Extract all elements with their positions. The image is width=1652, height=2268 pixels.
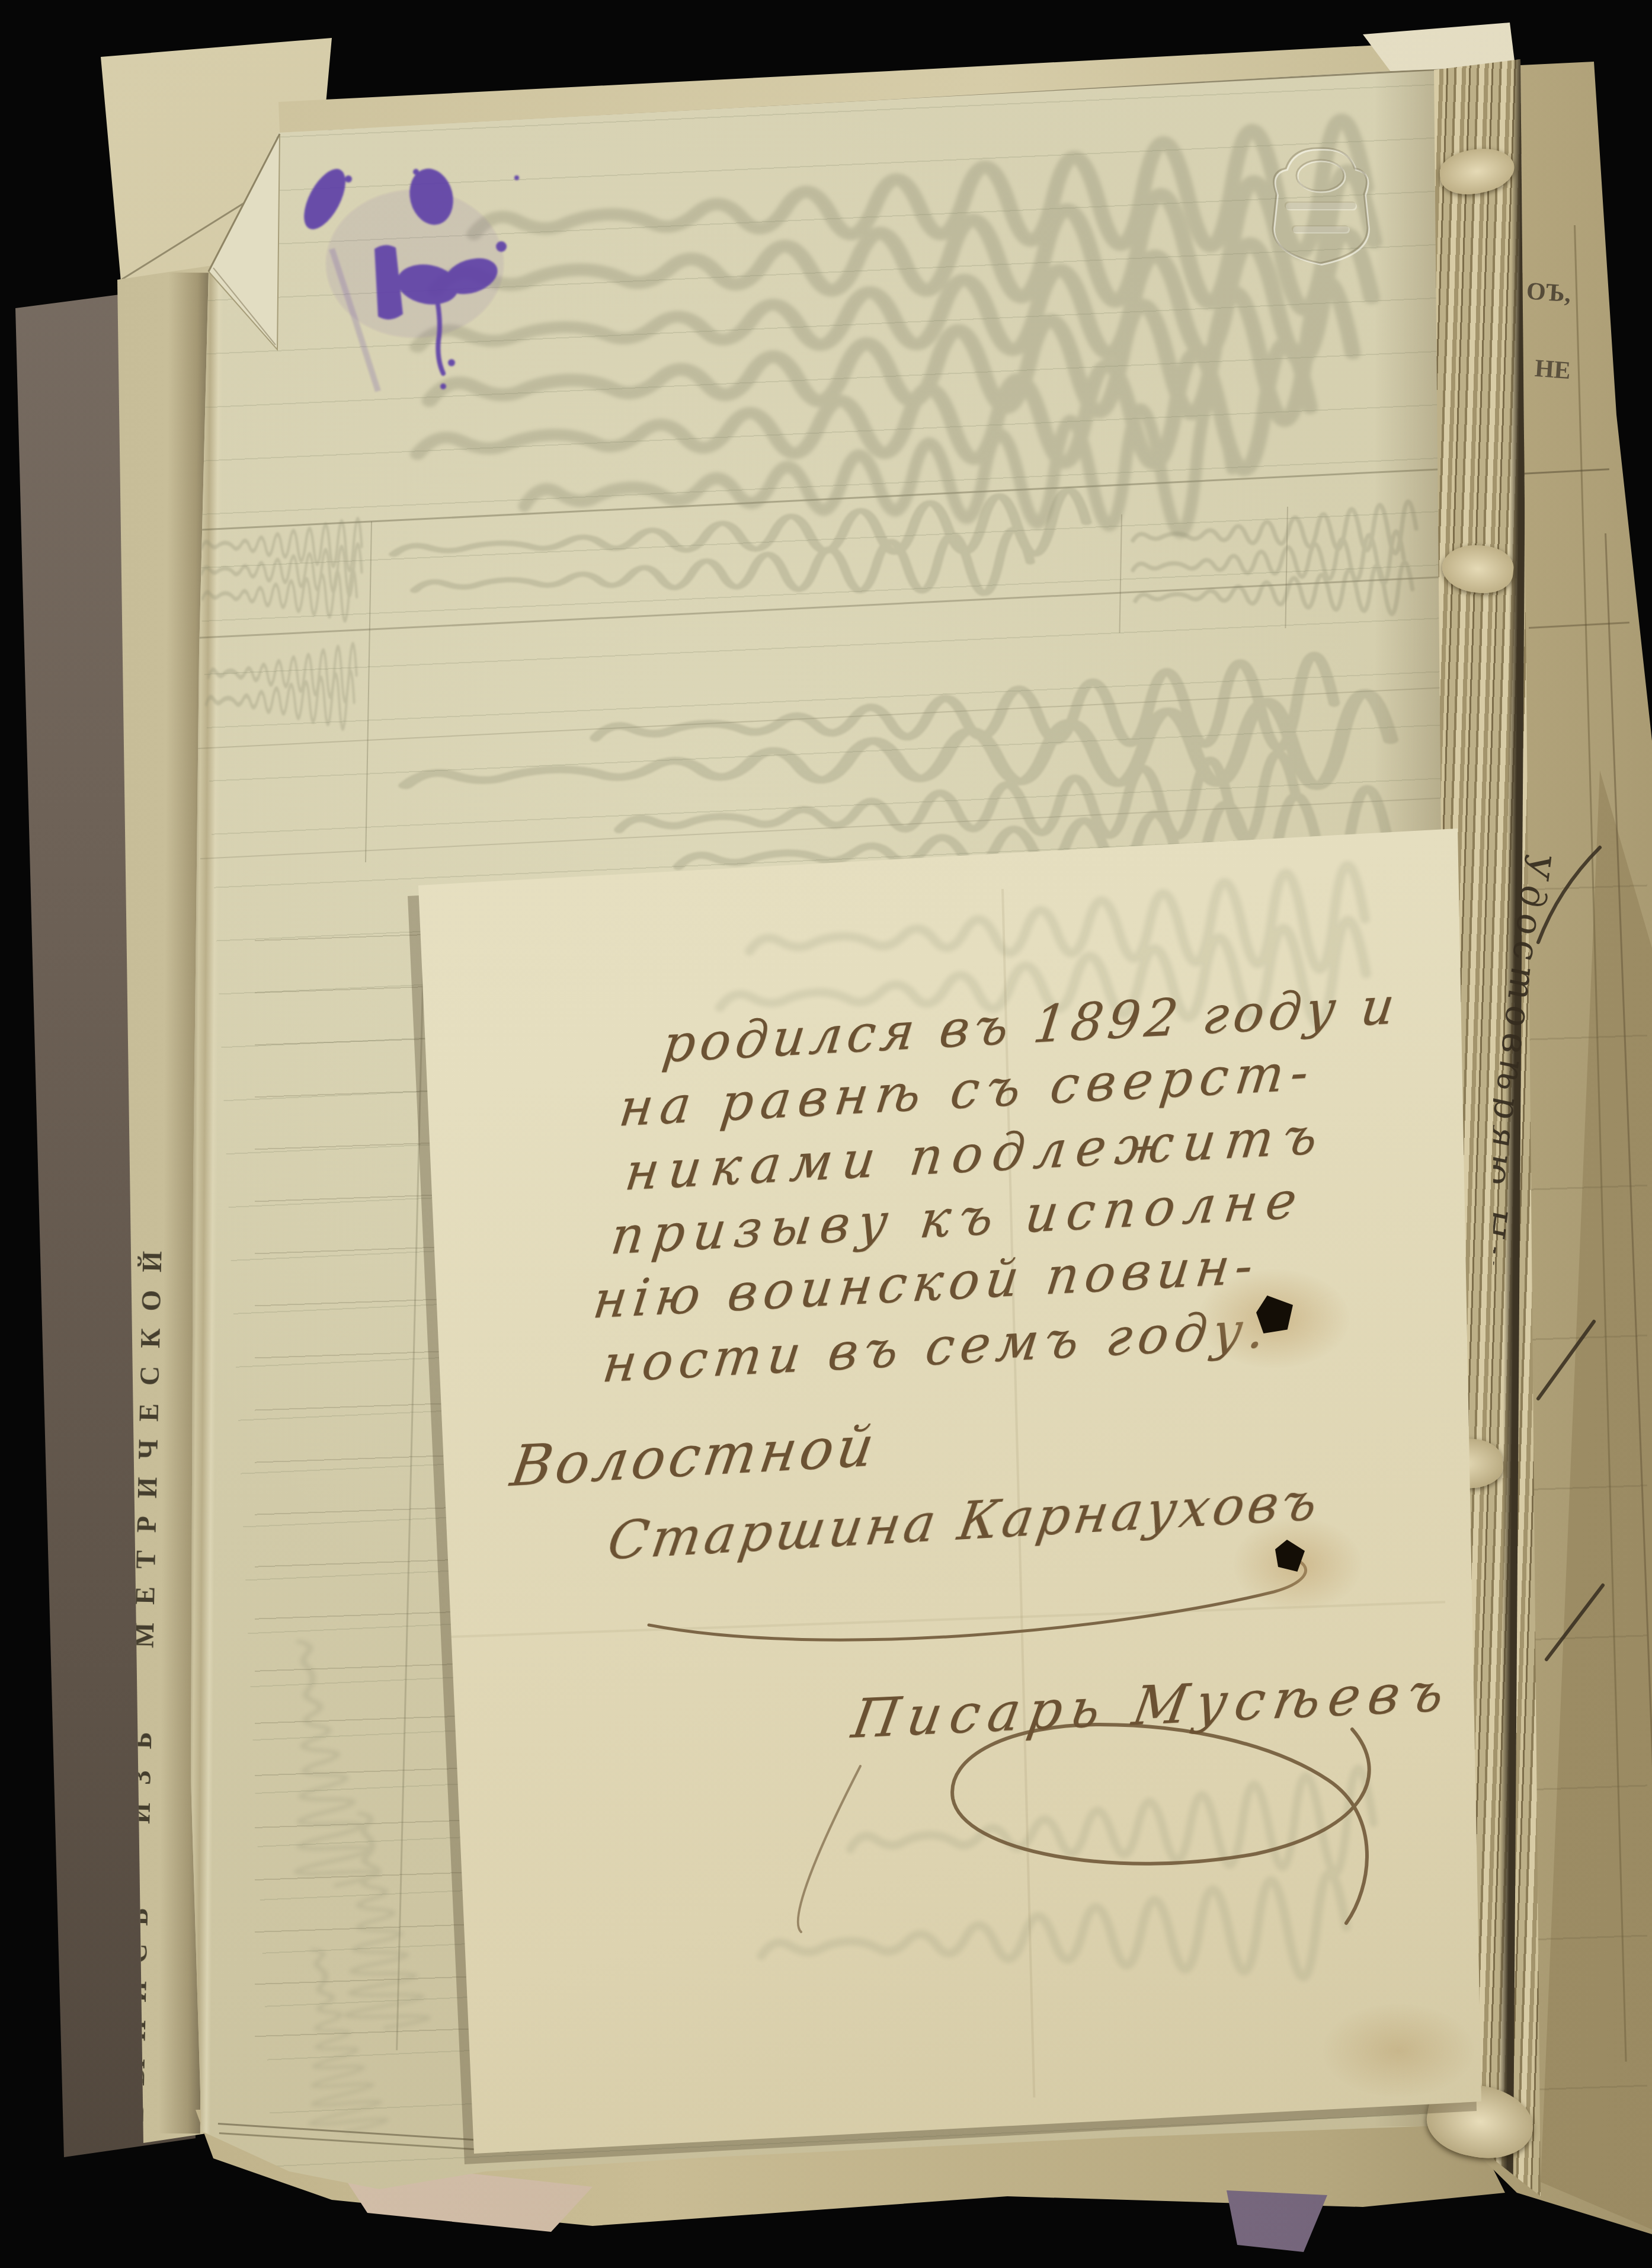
- worm-hole: [1275, 1540, 1305, 1572]
- stain: [1321, 2003, 1475, 2098]
- table-line: [196, 468, 1439, 531]
- purple-ink-blot: [296, 162, 519, 391]
- embossed-paper-stamp: [1273, 148, 1369, 265]
- table-line: [219, 2132, 509, 2152]
- table-line: [365, 522, 372, 862]
- printed-rule: [1520, 468, 1609, 475]
- note-crease: [450, 1601, 1445, 1638]
- page-top-edge: [278, 68, 1453, 132]
- archive-photo-stage: ВЫПИСЬ ИЗЪ МЕТРИЧЕСКОЙ ОЪ, НЕ: [0, 0, 1652, 2268]
- table-line: [1285, 507, 1288, 628]
- table-line: [1119, 514, 1122, 633]
- signature-pisar: Писарь Мусѣевъ: [847, 1661, 1456, 1751]
- printed-rule: [1529, 622, 1629, 629]
- side-annotation: Удостовѣряю Николай Кацура: [1493, 830, 1647, 1766]
- back-page-fragment-top: ОЪ,: [1525, 277, 1571, 308]
- spine-label: ВЫПИСЬ ИЗЪ МЕТРИЧЕСКОЙ: [119, 522, 184, 2122]
- side-annotation-text: Удостовѣряю Николай Кацура: [1493, 853, 1558, 1601]
- table-line: [396, 889, 426, 2050]
- table-line: [196, 576, 1439, 639]
- back-page-fragment-bottom: НЕ: [1533, 354, 1571, 385]
- table-line: [198, 687, 1441, 749]
- signature-volostnoy: Волостной: [507, 1414, 882, 1500]
- table-line: [218, 2123, 508, 2143]
